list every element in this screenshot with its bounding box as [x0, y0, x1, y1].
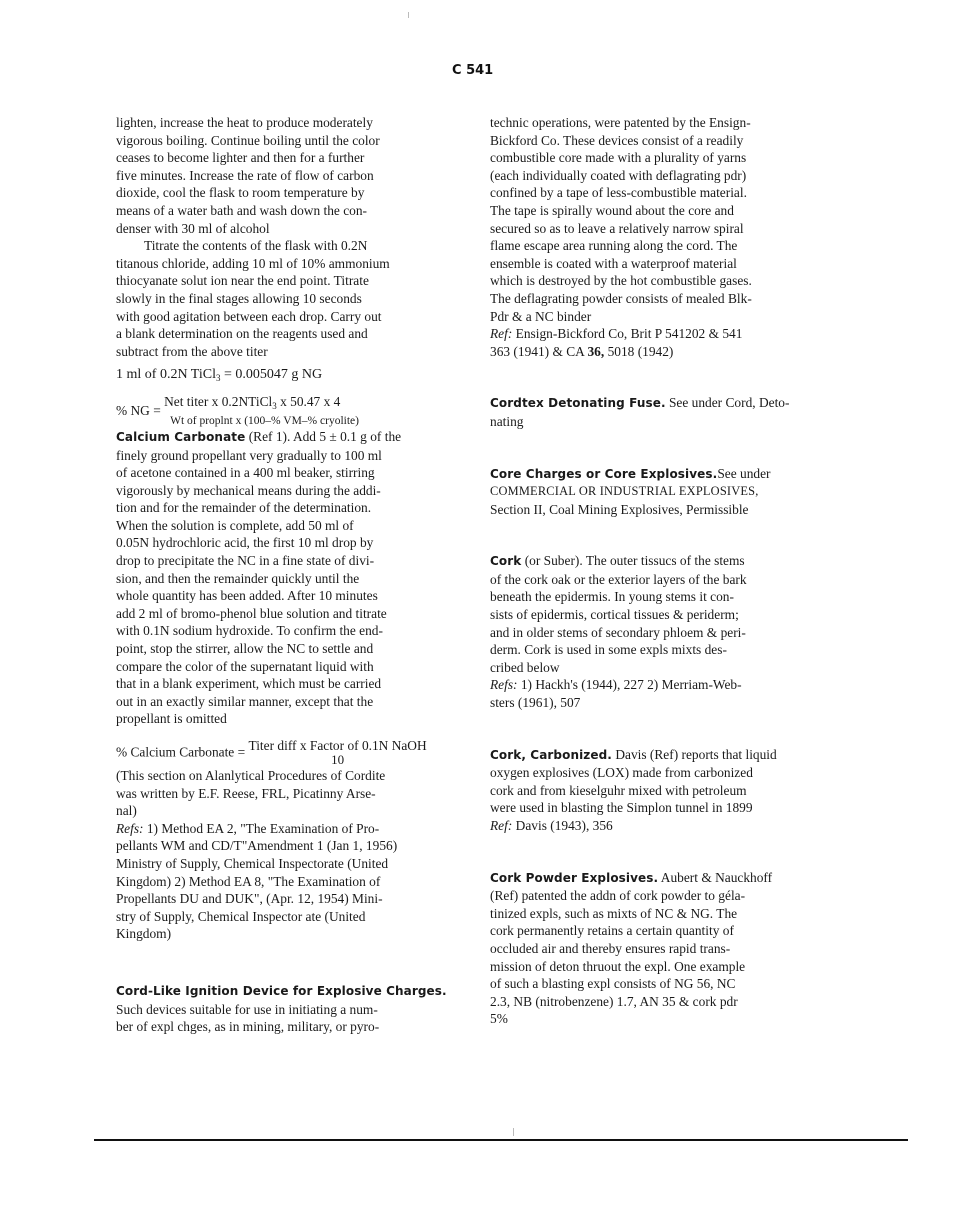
text-line: Kingdom) — [116, 925, 456, 943]
text-line: add 2 ml of bromo-phenol blue solution a… — [116, 605, 456, 623]
entry-heading: Core Charges or Core Explosives. — [490, 467, 717, 481]
text-line: confined by a tape of less-combustible m… — [490, 184, 830, 202]
text-line: COMMERCIAL OR INDUSTRIAL EXPLOSIVES, — [490, 483, 830, 501]
text-line: nating — [490, 413, 830, 431]
authorship-note: (This section on Alanlytical Procedures … — [116, 767, 456, 820]
text-line: dioxide, cool the flask to room temperat… — [116, 184, 456, 202]
formula-lhs: % NG = — [116, 403, 164, 418]
text-line: that in a blank experiment, which must b… — [116, 675, 456, 693]
text-line: out in an exactly similar manner, except… — [116, 693, 456, 711]
text-line: sists of epidermis, cortical tissues & p… — [490, 606, 830, 624]
text-line: titanous chloride, adding 10 ml of 10% a… — [116, 255, 456, 273]
cork-entry: Cork (or Suber). The outer tissucs of th… — [490, 552, 830, 711]
text-line: was written by E.F. Reese, FRL, Picatinn… — [116, 785, 456, 803]
ng-percent-formula: % NG = Net titer x 0.2NTiCl3 x 50.47 x 4… — [116, 394, 456, 428]
text-line: secured so as to leave a relatively narr… — [490, 220, 830, 238]
section-heading: Calcium Carbonate — [116, 430, 245, 444]
text-line: sion, and then the remainder quickly unt… — [116, 570, 456, 588]
text-line: denser with 30 ml of alcohol — [116, 220, 456, 238]
text-line: cribed below — [490, 659, 830, 677]
text-line: flame escape area running along the cord… — [490, 237, 830, 255]
page-number: C 541 — [452, 63, 493, 78]
entry-heading: Cork Powder Explosives. — [490, 871, 658, 885]
calcium-carbonate-section: Calcium Carbonate (Ref 1). Add 5 ± 0.1 g… — [116, 428, 456, 728]
text-line: technic operations, were patented by the… — [490, 114, 830, 132]
text-line: occluded air and thereby ensures rapid t… — [490, 940, 830, 958]
titration-paragraph: Titrate the contents of the flask with 0… — [116, 237, 456, 360]
refs-label: Refs: — [116, 821, 144, 836]
text-line: means of a water bath and wash down the … — [116, 202, 456, 220]
text-line: a blank determination on the reagents us… — [116, 325, 456, 343]
entry-heading: Cork — [490, 554, 521, 568]
formula-fraction: Titer diff x Factor of 0.1N NaOH 10 — [249, 738, 427, 767]
text-line: finely ground propellant very gradually … — [116, 447, 456, 465]
ref-label: Ref: — [490, 326, 512, 341]
refs-label: Refs: — [490, 677, 518, 692]
text-line: Ministry of Supply, Chemical Inspectorat… — [116, 855, 456, 873]
text-line: drop to precipitate the NC in a fine sta… — [116, 552, 456, 570]
text-line: (This section on Alanlytical Procedures … — [116, 767, 456, 785]
ref-label: Ref: — [490, 818, 512, 833]
cork-powder-explosives-entry: Cork Powder Explosives. Aubert & Nauckho… — [490, 869, 830, 1028]
text-line: point, stop the stirrer, allow the NC to… — [116, 640, 456, 658]
text-line: beneath the epidermis. In young stems it… — [490, 588, 830, 606]
text-line: of such a blasting expl consists of NG 5… — [490, 975, 830, 993]
text-line: with good agitation between each drop. C… — [116, 308, 456, 326]
text-line: lighten, increase the heat to produce mo… — [116, 114, 456, 132]
text-line: Section II, Coal Mining Explosives, Perm… — [490, 501, 830, 519]
text-line: 2.3, NB (nitrobenzene) 1.7, AN 35 & cork… — [490, 993, 830, 1011]
text-line: subtract from the above titer — [116, 343, 456, 361]
right-column: technic operations, were patented by the… — [490, 114, 830, 1028]
text-line: ber of expl chges, as in mining, militar… — [116, 1018, 456, 1036]
formula-denominator: Wt of proplnt x (100–% VM–% cryolite) — [164, 414, 359, 428]
text-line: five minutes. Increase the rate of flow … — [116, 167, 456, 185]
text-line: derm. Cork is used in some expls mixts d… — [490, 641, 830, 659]
text-line: Propellants DU and DUK", (Apr. 12, 1954)… — [116, 890, 456, 908]
entry-heading: Cork, Carbonized. — [490, 748, 612, 762]
formula-numerator: Net titer x 0.2NTiCl3 x 50.47 x 4 — [164, 394, 359, 414]
core-charges-entry: Core Charges or Core Explosives.See unde… — [490, 465, 830, 519]
cork-carbonized-entry: Cork, Carbonized. Davis (Ref) reports th… — [490, 746, 830, 835]
text-line: 0.05N hydrochloric acid, the first 10 ml… — [116, 534, 456, 552]
text-line: oxygen explosives (LOX) made from carbon… — [490, 764, 830, 782]
formula-fraction: Net titer x 0.2NTiCl3 x 50.47 x 4 Wt of … — [164, 394, 359, 428]
text-line: sters (1961), 507 — [490, 694, 830, 712]
references: Refs: 1) Method EA 2, "The Examination o… — [116, 820, 456, 943]
text-line: Such devices suitable for use in initiat… — [116, 1001, 456, 1019]
text-line: combustible core made with a plurality o… — [490, 149, 830, 167]
cord-like-ignition-entry: Cord-Like Ignition Device for Explosive … — [116, 983, 456, 1036]
text-line: The tape is spirally wound about the cor… — [490, 202, 830, 220]
text-line: of acetone contained in a 400 ml beaker,… — [116, 464, 456, 482]
text-line: Pdr & a NC binder — [490, 308, 830, 326]
footer-rule — [94, 1139, 908, 1141]
equivalence-equation: 1 ml of 0.2N TiCl3 = 0.005047 g NG — [116, 366, 456, 388]
text-line: When the solution is complete, add 50 ml… — [116, 517, 456, 535]
text-line: ceases to become lighter and then for a … — [116, 149, 456, 167]
text-line: thiocyanate solut ion near the end point… — [116, 272, 456, 290]
text-line: tion and for the remainder of the determ… — [116, 499, 456, 517]
text-line: propellant is omitted — [116, 710, 456, 728]
text-line: were used in blasting the Simplon tunnel… — [490, 799, 830, 817]
text-line: The deflagrating powder consists of meal… — [490, 290, 830, 308]
caco3-percent-formula: % Calcium Carbonate = Titer diff x Facto… — [116, 738, 456, 767]
scan-speck — [513, 1128, 514, 1136]
text-line: with 0.1N sodium hydroxide. To confirm t… — [116, 622, 456, 640]
entry-heading: Cordtex Detonating Fuse. — [490, 396, 666, 410]
text-line: 5% — [490, 1010, 830, 1028]
text-line: cork and from kieselguhr mixed with petr… — [490, 782, 830, 800]
scan-speck — [408, 12, 409, 18]
text-line: (Ref) patented the addn of cork powder t… — [490, 887, 830, 905]
text-line: compare the color of the supernatant liq… — [116, 658, 456, 676]
entry-heading: Cord-Like Ignition Device for Explosive … — [116, 983, 456, 1001]
text-line: of the cork oak or the exterior layers o… — [490, 571, 830, 589]
nitroglycerin-procedure-paragraph: lighten, increase the heat to produce mo… — [116, 114, 456, 237]
text-line: pellants WM and CD/T"Amendment 1 (Jan 1,… — [116, 837, 456, 855]
text-line: mission of deton thruout the expl. One e… — [490, 958, 830, 976]
text-line: ensemble is coated with a waterproof mat… — [490, 255, 830, 273]
text-line: Titrate the contents of the flask with 0… — [116, 237, 456, 255]
text-line: vigorously by mechanical means during th… — [116, 482, 456, 500]
formula-denominator: 10 — [249, 753, 427, 767]
cord-like-continuation: technic operations, were patented by the… — [490, 114, 830, 360]
left-column: lighten, increase the heat to produce mo… — [116, 114, 456, 1036]
cordtex-entry: Cordtex Detonating Fuse. See under Cord,… — [490, 394, 830, 430]
text-line: cork permanently retains a certain quant… — [490, 922, 830, 940]
formula-numerator: Titer diff x Factor of 0.1N NaOH — [249, 738, 427, 753]
text-line: slowly in the final stages allowing 10 s… — [116, 290, 456, 308]
text-line: nal) — [116, 802, 456, 820]
text-line: whole quantity has been added. After 10 … — [116, 587, 456, 605]
text-line: which is destroyed by the hot combustibl… — [490, 272, 830, 290]
text-line: Kingdom) 2) Method EA 8, "The Examinatio… — [116, 873, 456, 891]
text-line: vigorous boiling. Continue boiling until… — [116, 132, 456, 150]
text-line: stry of Supply, Chemical Inspector ate (… — [116, 908, 456, 926]
formula-lhs: % Calcium Carbonate = — [116, 745, 249, 760]
text-line: Bickford Co. These devices consist of a … — [490, 132, 830, 150]
text-line: (each individually coated with deflagrat… — [490, 167, 830, 185]
text-line: and in older stems of secondary phloem &… — [490, 624, 830, 642]
text-line: tinized expls, such as mixts of NC & NG.… — [490, 905, 830, 923]
